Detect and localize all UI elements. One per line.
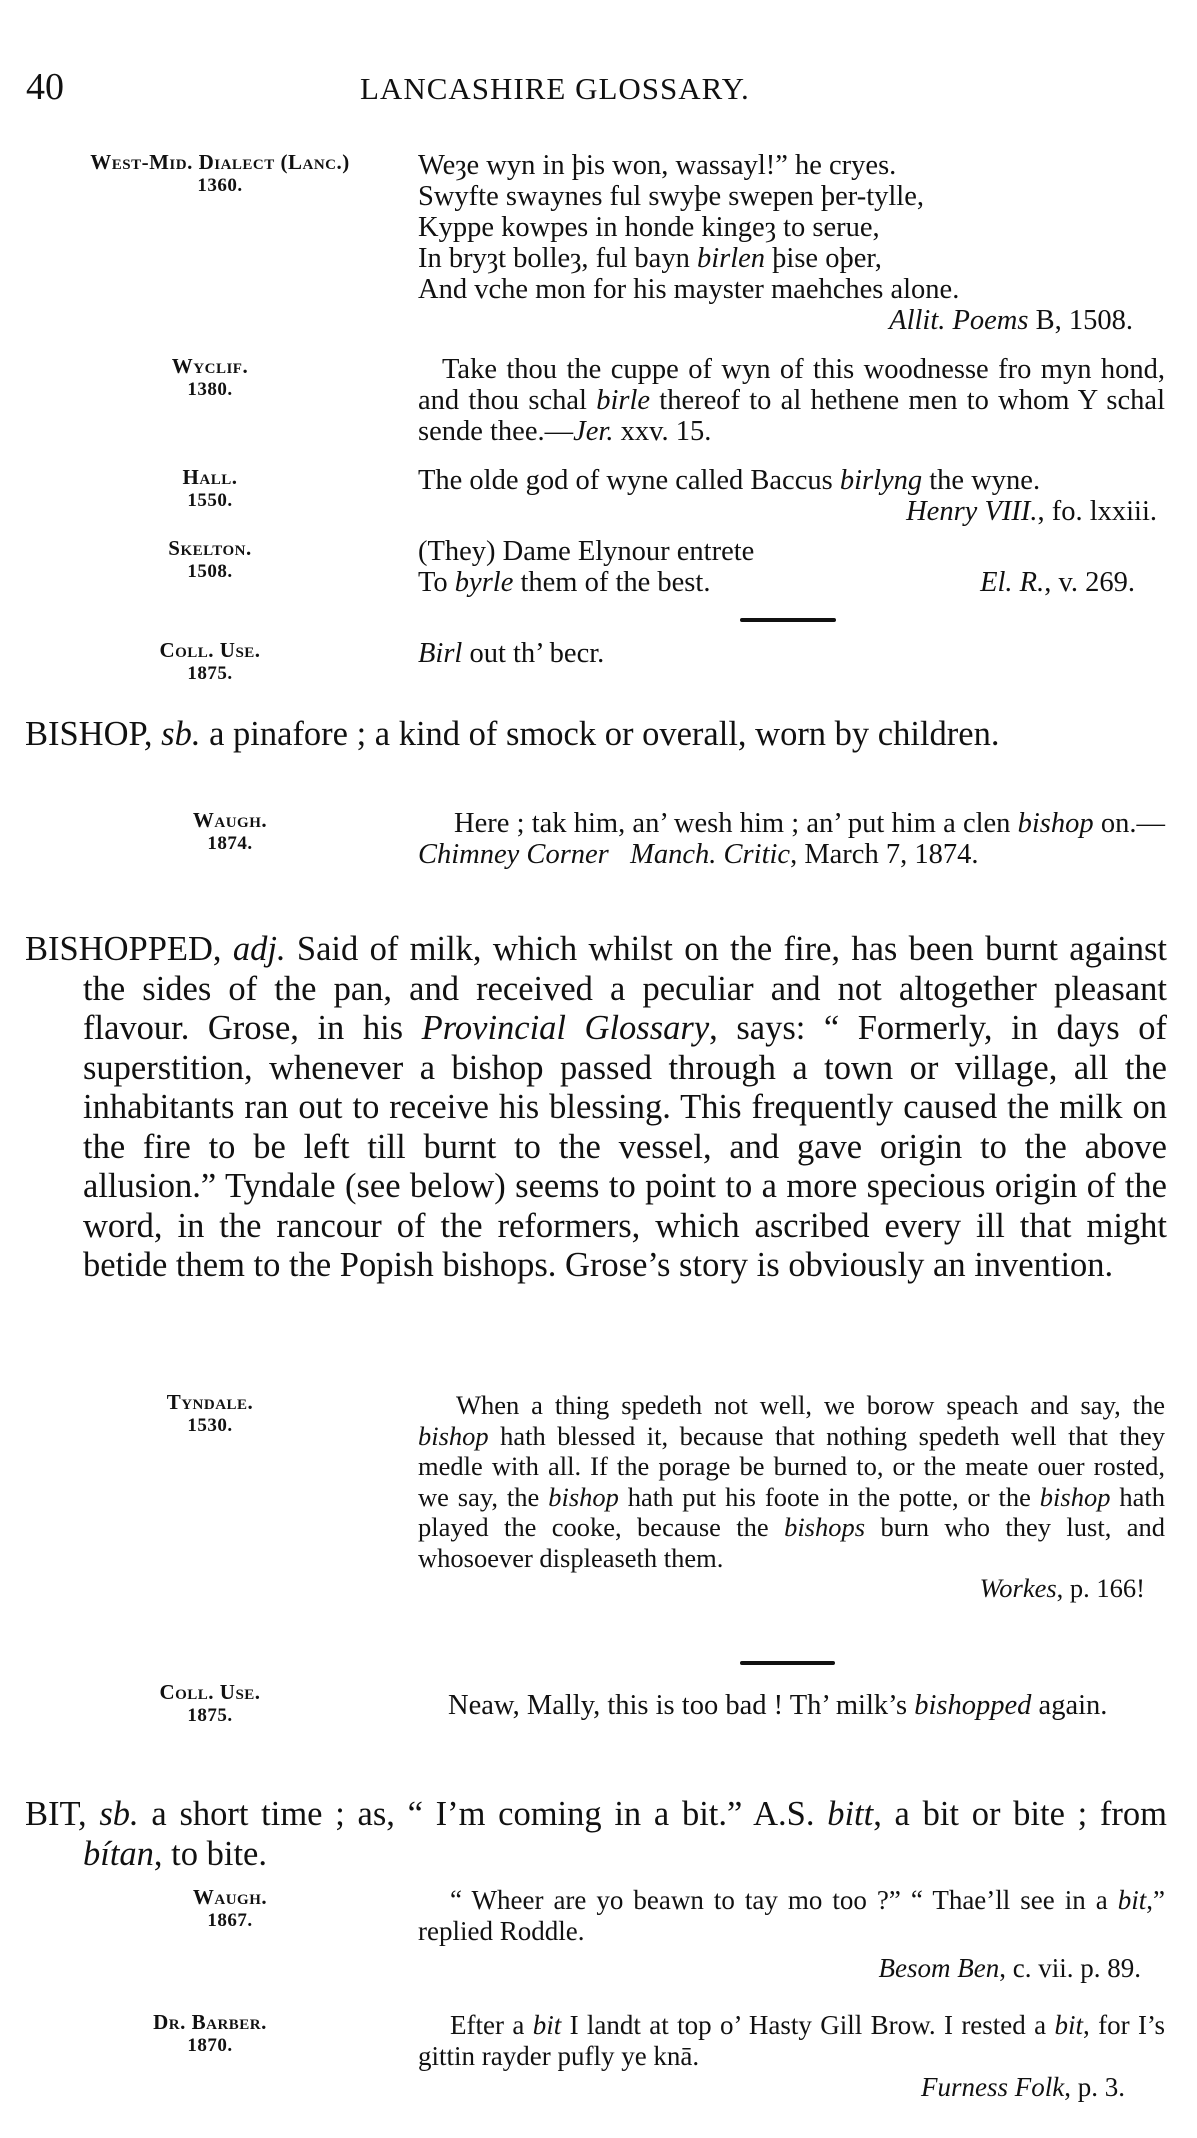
entry-bishop: BISHOP, sb. a pinafore ; a kind of smock… xyxy=(25,715,1167,755)
section-divider xyxy=(740,618,836,622)
citation-source: Hall. 1550. xyxy=(110,465,310,513)
citation-reference: El. R., v. 269. xyxy=(980,567,1135,598)
citation-quote: Weȝe wyn in þis won, wassayl!” he cryes.… xyxy=(418,150,1165,336)
section-divider xyxy=(740,1661,835,1665)
citation-quote: Neaw, Mally, this is too bad ! Th’ milk’… xyxy=(418,1690,1165,1721)
entry-bishopped: BISHOPPED, adj. Said of milk, which whil… xyxy=(25,930,1167,1286)
source-name: Coll. Use. xyxy=(159,638,260,662)
citation-quote: (They) Dame Elynour entrete To byrle the… xyxy=(418,536,1165,598)
citation-quote: Here ; tak him, an’ wesh him ; an’ put h… xyxy=(418,808,1165,870)
citation-quote: When a thing spedeth not well, we borow … xyxy=(418,1390,1165,1604)
headword: BISHOPPED, xyxy=(25,930,222,968)
source-year: 1380. xyxy=(110,378,310,402)
definition: , a bit or bite ; from xyxy=(873,1795,1167,1833)
citation-reference: Henry VIII., fo. lxxiii. xyxy=(418,496,1165,527)
quote-line: Kyppe kowpes in honde kingeȝ to serue, xyxy=(418,212,1165,243)
source-name: Waugh. xyxy=(193,1885,267,1909)
citation-source: Wyclif. 1380. xyxy=(110,354,310,402)
source-year: 1867. xyxy=(155,1909,305,1933)
source-name: Hall. xyxy=(183,465,238,489)
citation-source: Tyndale. 1530. xyxy=(110,1390,310,1438)
part-of-speech: adj. xyxy=(233,930,286,968)
citation-source: Waugh. 1874. xyxy=(155,808,305,856)
citation-quote: “ Wheer are yo beawn to tay mo too ?” “ … xyxy=(418,1885,1165,1984)
quote-text: When a thing spedeth not well, we borow … xyxy=(418,1390,1165,1573)
source-name: Skelton. xyxy=(168,536,251,560)
source-year: 1875. xyxy=(100,1704,320,1728)
quote-line: Weȝe wyn in þis won, wassayl!” he cryes. xyxy=(418,150,1165,181)
definition-italic: Provincial Glossary xyxy=(422,1009,710,1047)
citation-reference: Besom Ben, c. vii. p. 89. xyxy=(418,1953,1165,1984)
quote-text: Neaw, Mally, this is too bad ! Th’ milk’… xyxy=(418,1690,1165,1721)
source-name: West-Mid. Dialect (Lanc.) xyxy=(90,150,350,174)
source-name: Tyndale. xyxy=(167,1390,254,1414)
quote-line: And vche mon for his mayster maehches al… xyxy=(418,274,1165,305)
source-year: 1870. xyxy=(115,2034,305,2058)
source-name: Coll. Use. xyxy=(159,1680,260,1704)
quote-text: Take thou the cuppe of wyn of this woodn… xyxy=(418,354,1165,447)
source-year: 1360. xyxy=(40,174,400,198)
citation-source: Coll. Use. 1875. xyxy=(100,638,320,686)
quote-line: (They) Dame Elynour entrete xyxy=(418,536,1165,567)
quote-text: Birl out th’ becr. xyxy=(418,638,1165,669)
source-year: 1550. xyxy=(110,489,310,513)
entry-bit: BIT, sb. a short time ; as, “ I’m coming… xyxy=(25,1795,1167,1874)
citation-source: Skelton. 1508. xyxy=(110,536,310,584)
source-year: 1508. xyxy=(110,560,310,584)
quote-text: Efter a bit I landt at top o’ Hasty Gill… xyxy=(418,2010,1165,2072)
source-name: Waugh. xyxy=(193,808,267,832)
source-name: Dr. Barber. xyxy=(153,2010,267,2034)
definition: , says: “ Formerly, in days of superstit… xyxy=(83,1009,1167,1284)
citation-source: Coll. Use. 1875. xyxy=(100,1680,320,1728)
citation-quote: Efter a bit I landt at top o’ Hasty Gill… xyxy=(418,2010,1165,2103)
definition: a short time ; as, “ I’m coming in a bit… xyxy=(139,1795,828,1833)
running-title: LANCASHIRE GLOSSARY. xyxy=(360,64,750,114)
part-of-speech: sb. xyxy=(99,1795,138,1833)
source-name: Wyclif. xyxy=(172,354,248,378)
page-header: 40 LANCASHIRE GLOSSARY. xyxy=(0,62,1197,112)
headword: BISHOP, xyxy=(25,715,153,753)
page-number: 40 xyxy=(26,62,64,112)
citation-source: Dr. Barber. 1870. xyxy=(115,2010,305,2058)
quote-text: The olde god of wyne called Baccus birly… xyxy=(418,465,1165,496)
citation-quote: Birl out th’ becr. xyxy=(418,638,1165,669)
source-year: 1875. xyxy=(100,662,320,686)
quote-text: “ Wheer are yo beawn to tay mo too ?” “ … xyxy=(418,1885,1165,1947)
citation-reference: Workes, p. 166! xyxy=(418,1573,1165,1604)
citation-reference: Allit. Poems B, 1508. xyxy=(418,305,1165,336)
source-year: 1530. xyxy=(110,1414,310,1438)
headword: BIT, xyxy=(25,1795,87,1833)
definition-italic: bitt xyxy=(827,1795,873,1833)
citation-source: West-Mid. Dialect (Lanc.) 1360. xyxy=(40,150,400,198)
quote-line: In bryȝt bolleȝ, ful bayn birlen þise oþ… xyxy=(418,243,1165,274)
quote-line: Swyfte swaynes ful swyþe swepen þer-tyll… xyxy=(418,181,1165,212)
definition: a pinafore ; a kind of smock or overall,… xyxy=(200,715,999,753)
citation-quote: Take thou the cuppe of wyn of this woodn… xyxy=(418,354,1165,447)
quote-text: Here ; tak him, an’ wesh him ; an’ put h… xyxy=(418,808,1165,870)
definition: , to bite. xyxy=(154,1835,267,1873)
part-of-speech: sb. xyxy=(161,715,200,753)
citation-source: Waugh. 1867. xyxy=(155,1885,305,1933)
source-year: 1874. xyxy=(155,832,305,856)
citation-reference: Furness Folk, p. 3. xyxy=(418,2072,1165,2103)
quote-line: To byrle them of the best.El. R., v. 269… xyxy=(418,567,1165,598)
definition-italic: bítan xyxy=(83,1835,154,1873)
citation-quote: The olde god of wyne called Baccus birly… xyxy=(418,465,1165,527)
